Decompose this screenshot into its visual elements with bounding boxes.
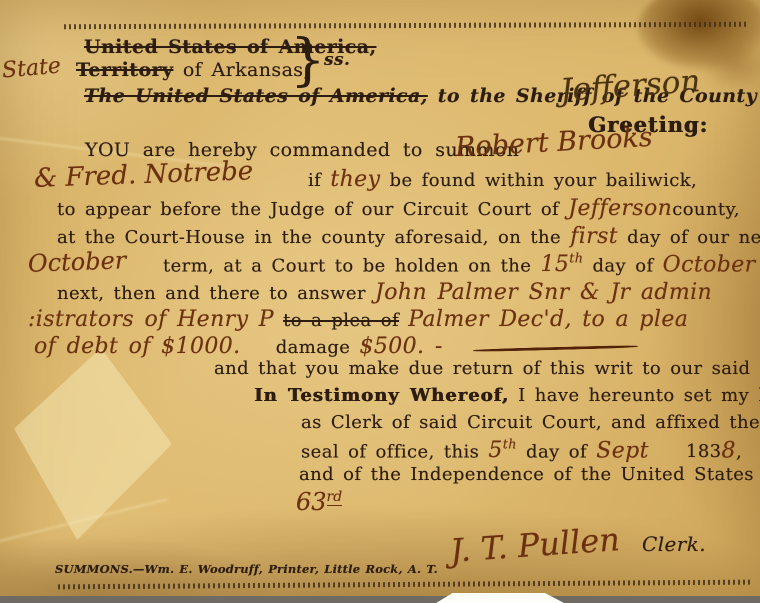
struck-united-states-2: The United States of America, [84, 85, 428, 107]
handwritten-they: they [330, 167, 380, 192]
answer-line: next, then and there to answer John Palm… [57, 280, 712, 305]
summons-document-scan: United States of America, } ss. State Te… [0, 0, 760, 603]
term-text: term, at a Court to be holden on the [163, 255, 531, 276]
appear-before-judge-line: to appear before the Judge of our Circui… [57, 196, 740, 221]
testimony-line: In Testimony Whereof, I have hereunto se… [254, 385, 760, 406]
handwritten-month-sept: Sept [596, 438, 649, 463]
in-testimony-whereof-blackletter: In Testimony Whereof, [254, 385, 509, 406]
day15-ordinal: th [569, 252, 583, 267]
day-of-text-2: day of [526, 441, 587, 462]
handwritten-state: State [1, 53, 62, 83]
handwritten-damage-amount: $500. - [359, 334, 442, 359]
struck-territory: Territory [76, 59, 173, 81]
scilicet-abbreviation: ss. [324, 50, 350, 70]
struck-plea-of: to a plea of [283, 310, 399, 331]
handwritten-first: first [570, 224, 618, 249]
damage-word: damage [276, 337, 351, 358]
bailiwick-line: if they be found within your bailiwick, [308, 167, 697, 192]
handwritten-63rd: 63rd [296, 488, 342, 516]
seal-of-office-line: seal of office, this 5th day of Sept 183… [301, 438, 742, 463]
seal-text: seal of office, this [301, 441, 479, 462]
courthouse-line: at the Court-House in the county aforesa… [57, 224, 760, 249]
day-next-text: day of our next [627, 227, 760, 248]
if-word: if [308, 170, 321, 191]
bailiwick-text: be found within your bailiwick, [390, 170, 698, 191]
handwritten-county-2: Jefferson [568, 196, 672, 221]
handwritten-day-5: 5th [488, 438, 517, 463]
answer-text: next, then and there to answer [57, 283, 366, 304]
county-word: county, [672, 199, 740, 220]
handwritten-october-term: October [28, 246, 127, 277]
63rd-ordinal: rd [327, 489, 343, 506]
courthouse-text: at the Court-House in the county aforesa… [57, 227, 561, 248]
year-comma: , [736, 441, 742, 462]
handwritten-administrators: :istrators of Henry P [28, 307, 274, 332]
administrators-line: :istrators of Henry P to a plea of Palme… [28, 307, 688, 332]
printer-imprint: SUMMONS.—Wm. E. Woodruff, Printer, Littl… [55, 562, 438, 576]
handwritten-october-2: October [663, 252, 756, 277]
handwritten-plaintiffs: John Palmer Snr & Jr admin [375, 280, 712, 305]
appear-text: to appear before the Judge of our Circui… [57, 199, 559, 220]
day-of-text: day of [593, 255, 654, 276]
day5-ordinal: th [503, 438, 517, 453]
caption-territory-arkansas: Territory of Arkansas, [76, 59, 310, 81]
clerk-title: Clerk. [642, 532, 706, 556]
handwritten-day-15: 15th [540, 252, 583, 277]
printed-year-183: 183 [686, 441, 722, 462]
of-arkansas: of Arkansas, [173, 59, 310, 81]
handwritten-debt-amount: of debt of $1000. [34, 334, 241, 359]
debt-damage-line: of debt of $1000. damage $500. - [34, 334, 638, 359]
court-holden-line: term, at a Court to be holden on the 15t… [163, 252, 756, 277]
due-return-line: and that you make due return of this wri… [214, 358, 760, 379]
independence-line: and of the Independence of the United St… [299, 464, 760, 485]
handwritten-palmer-deceased: Palmer Dec'd, to a plea [408, 307, 688, 332]
handwritten-dash [473, 344, 638, 351]
as-clerk-line: as Clerk of said Circuit Court, and affi… [301, 412, 760, 433]
set-my-hand-text: I have hereunto set my hand, [518, 385, 760, 406]
handwritten-year-8: 8 [722, 438, 736, 463]
